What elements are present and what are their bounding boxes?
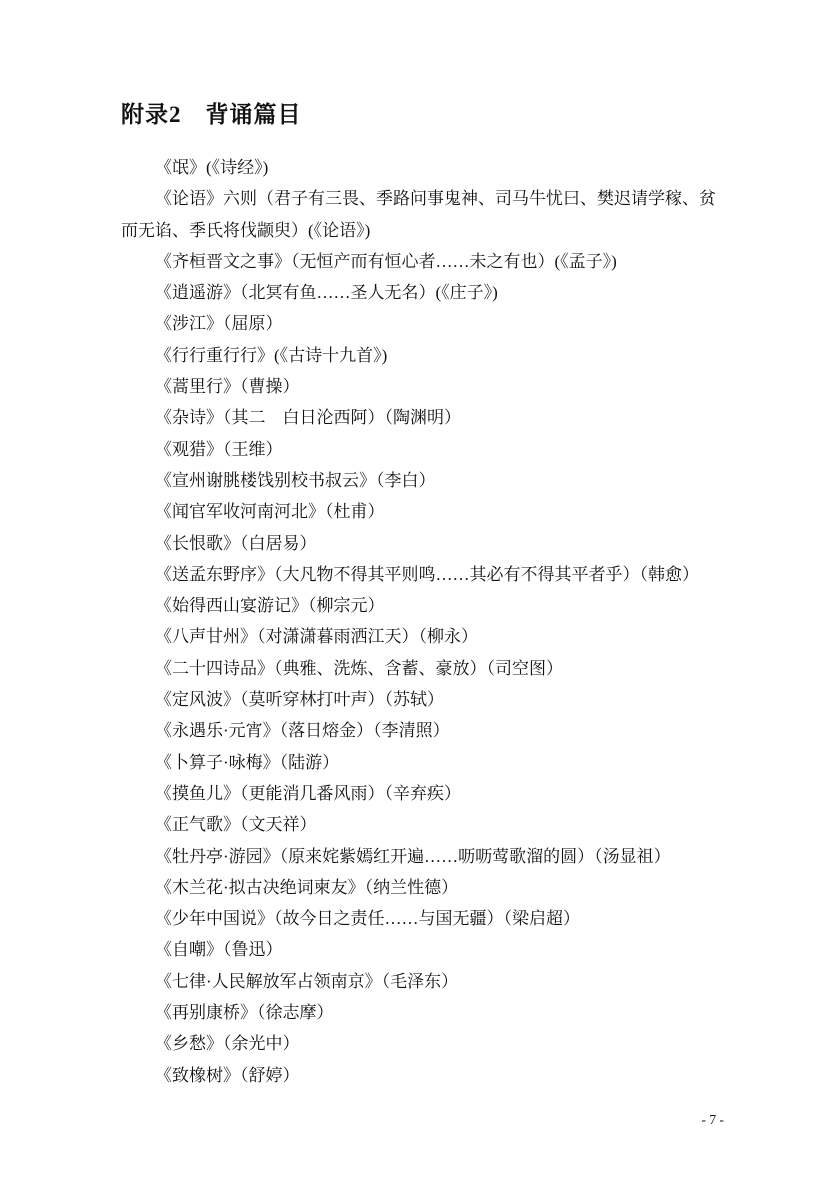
document-page: { "document": { "title": "附录2 背诵篇目", "pa…	[0, 0, 836, 1200]
list-item: 《观猎》（王维）	[121, 434, 722, 465]
page-number: - 7 -	[702, 1112, 725, 1128]
list-item: 《涉江》（屈原）	[121, 308, 722, 339]
list-item: 《氓》(《诗经》)	[121, 152, 722, 183]
list-item: 《行行重行行》(《古诗十九首》)	[121, 340, 722, 371]
list-item: 《七律·人民解放军占领南京》（毛泽东）	[121, 966, 722, 997]
list-item: 《少年中国说》（故今日之责任……与国无疆）（梁启超）	[121, 903, 722, 934]
recitation-list: 《氓》(《诗经》) 《论语》六则（君子有三畏、季路问事鬼神、司马牛忧曰、樊迟请学…	[121, 152, 722, 1091]
list-item: 《摸鱼儿》（更能消几番风雨）（辛弃疾）	[121, 778, 722, 809]
list-item: 《再别康桥》（徐志摩）	[121, 997, 722, 1028]
list-item: 《齐桓晋文之事》（无恒产而有恒心者……未之有也）(《孟子》)	[121, 246, 722, 277]
list-item: 《闻官军收河南河北》（杜甫）	[121, 496, 722, 527]
list-item: 《逍遥游》（北冥有鱼……圣人无名）(《庄子》)	[121, 277, 722, 308]
list-item: 《长恨歌》（白居易）	[121, 528, 722, 559]
page-content: 附录2 背诵篇目 《氓》(《诗经》) 《论语》六则（君子有三畏、季路问事鬼神、司…	[121, 99, 722, 1091]
list-item: 《木兰花·拟古决绝词柬友》（纳兰性德）	[121, 872, 722, 903]
list-item: 《杂诗》（其二 白日沦西阿）（陶渊明）	[121, 402, 722, 433]
list-item: 《卜算子·咏梅》（陆游）	[121, 747, 722, 778]
list-item: 《宣州谢朓楼饯别校书叔云》（李白）	[121, 465, 722, 496]
list-item: 《乡愁》（余光中）	[121, 1028, 722, 1059]
list-item: 《二十四诗品》（典雅、洗炼、含蓄、豪放）（司空图）	[121, 653, 722, 684]
list-item: 《始得西山宴游记》（柳宗元）	[121, 590, 722, 621]
page-title: 附录2 背诵篇目	[121, 99, 722, 130]
list-item: 《自嘲》（鲁迅）	[121, 934, 722, 965]
list-item: 《蒿里行》（曹操）	[121, 371, 722, 402]
list-item: 《定风波》（莫听穿林打叶声）（苏轼）	[121, 684, 722, 715]
list-item: 《永遇乐·元宵》（落日熔金）（李清照）	[121, 715, 722, 746]
list-item: 《正气歌》（文天祥）	[121, 809, 722, 840]
list-item: 《牡丹亭·游园》（原来姹紫嫣红开遍……呖呖莺歌溜的圆）（汤显祖）	[121, 841, 722, 872]
list-item: 《八声甘州》（对潇潇暮雨洒江天）（柳永）	[121, 621, 722, 652]
list-item: 《致橡树》（舒婷）	[121, 1060, 722, 1091]
list-item: 《论语》六则（君子有三畏、季路问事鬼神、司马牛忧曰、樊迟请学稼、贫而无谄、季氏将…	[121, 183, 722, 246]
list-item: 《送孟东野序》（大凡物不得其平则鸣……其必有不得其平者乎）（韩愈）	[121, 559, 722, 590]
